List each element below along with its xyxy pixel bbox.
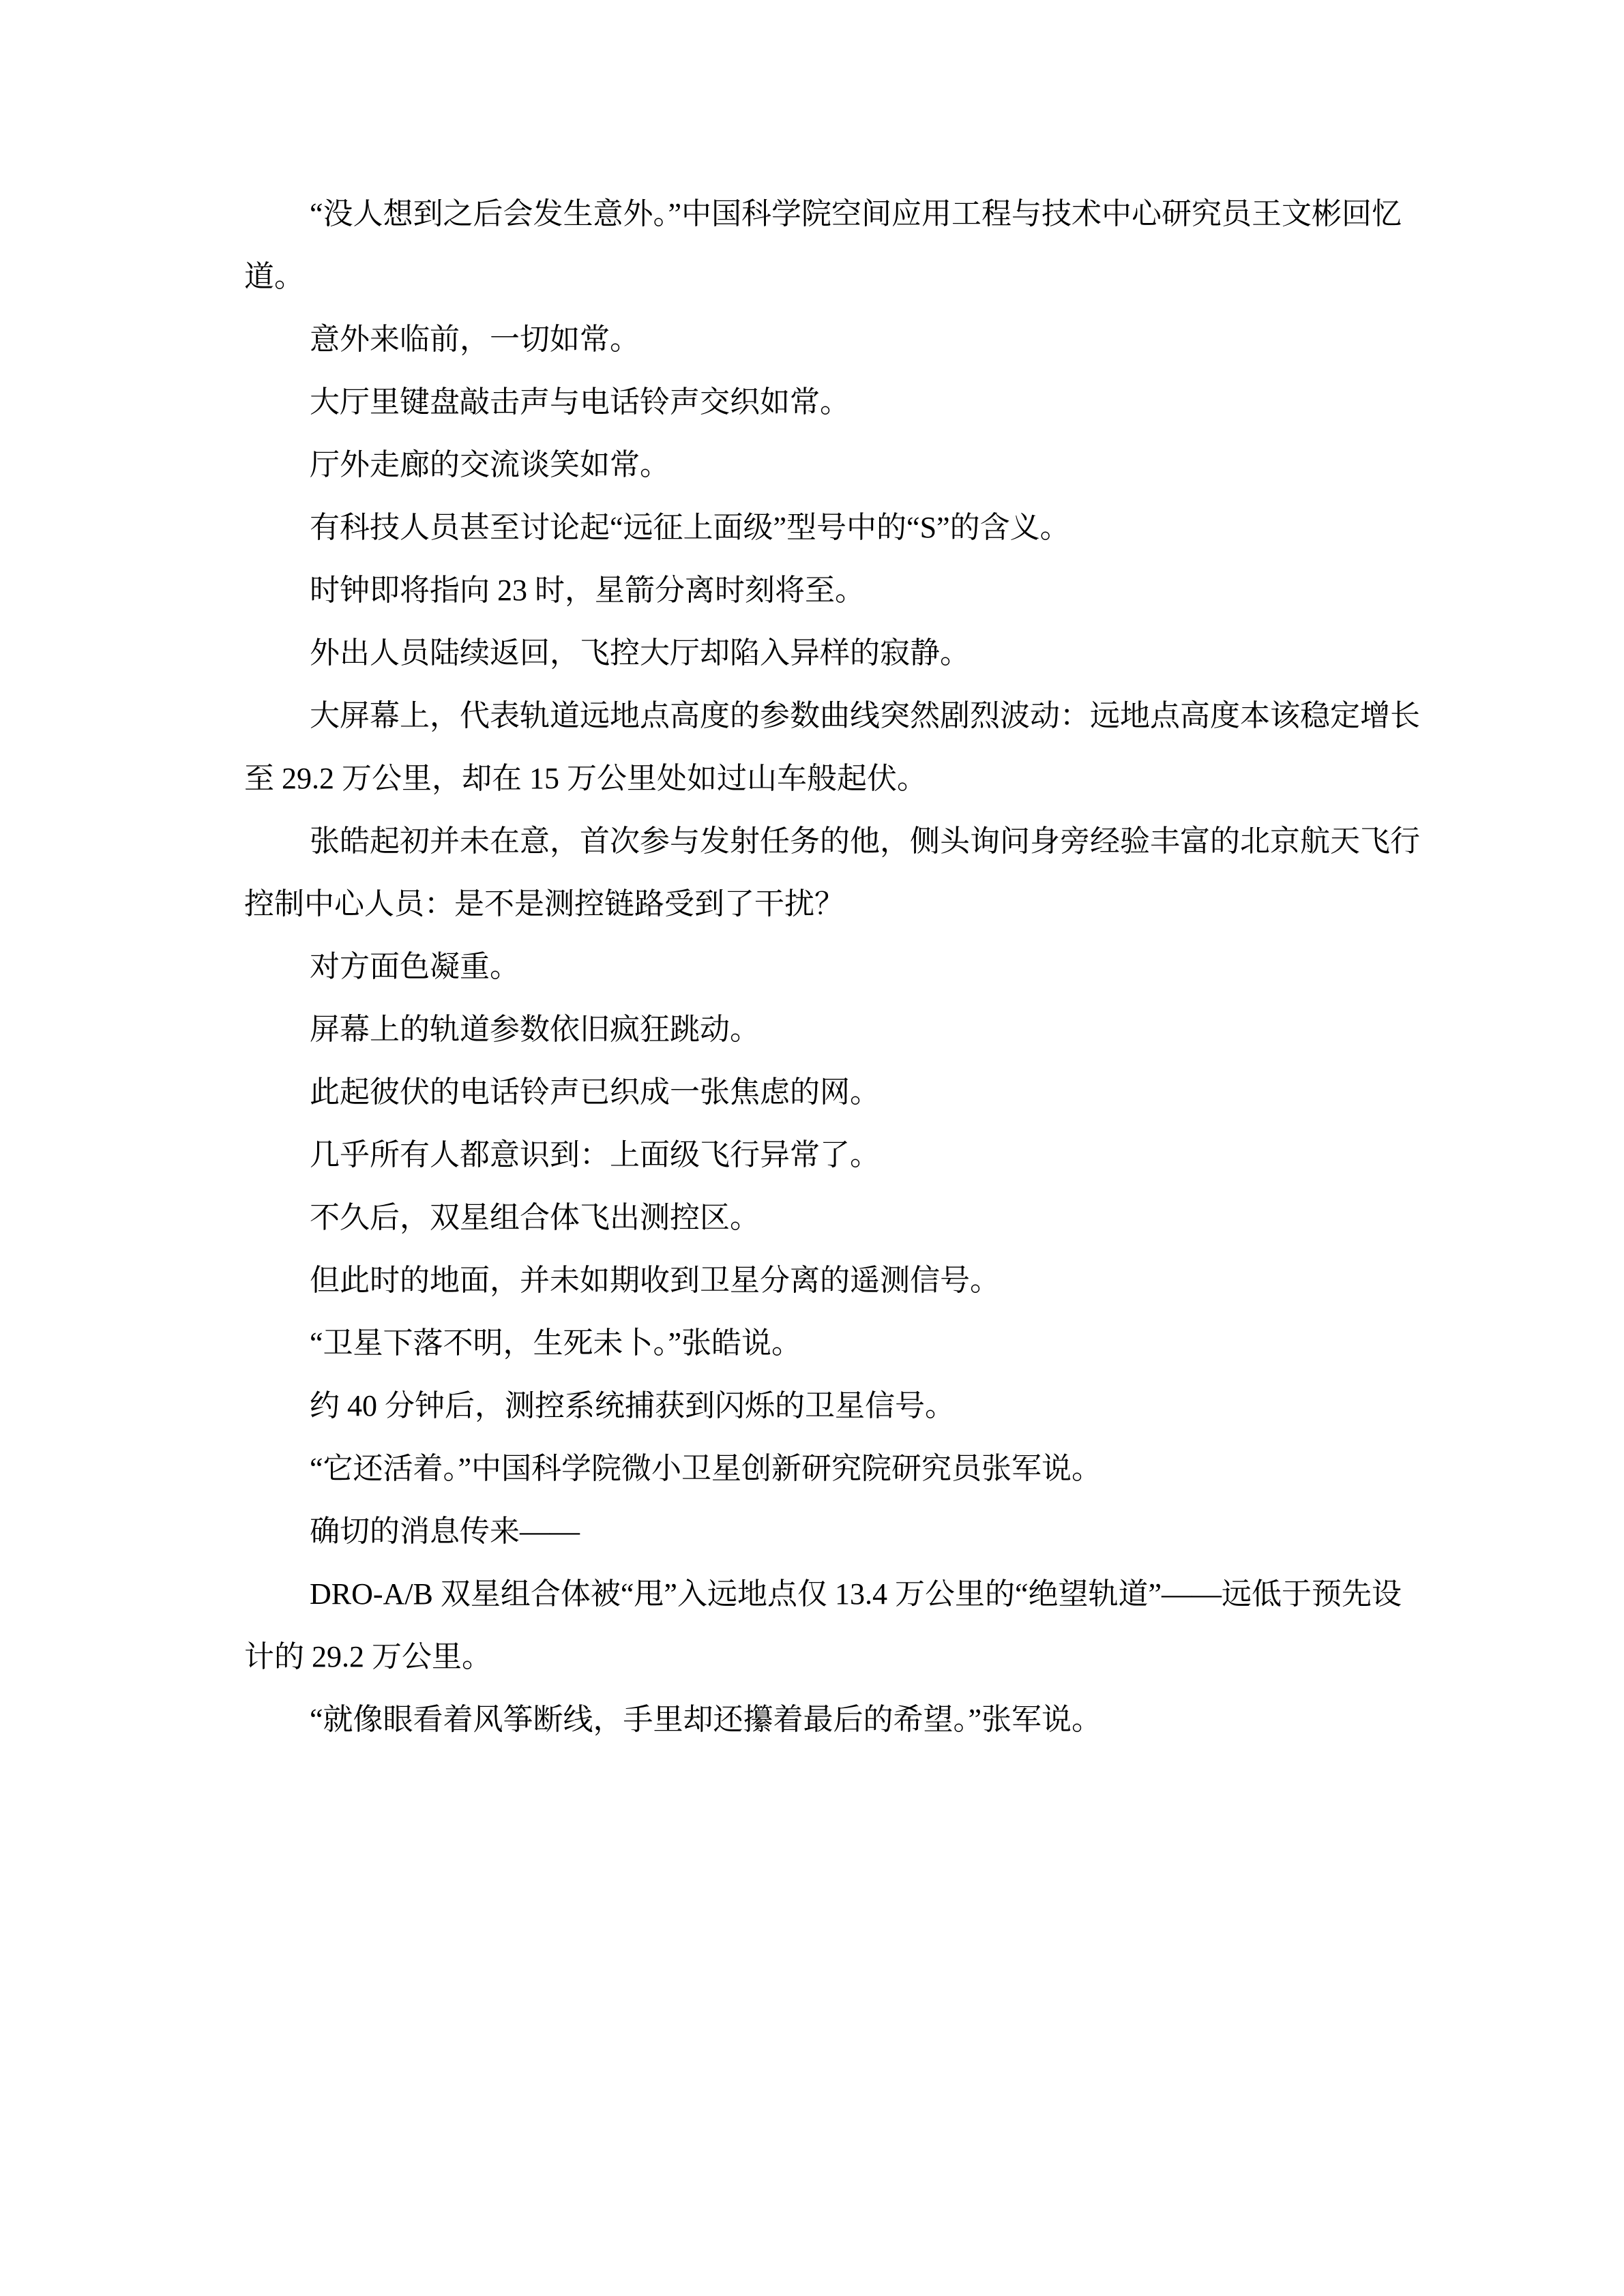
paragraph: 外出人员陆续返回，飞控大厅却陷入异样的寂静。 — [244, 622, 1431, 685]
paragraph: 张皓起初并未在意，首次参与发射任务的他，侧头询问身旁经验丰富的北京航天飞行控制中… — [244, 810, 1431, 936]
paragraph: 约 40 分钟后，测控系统捕获到闪烁的卫星信号。 — [244, 1375, 1431, 1437]
paragraph: 确切的消息传来—— — [244, 1500, 1431, 1563]
paragraph: 意外来临前，一切如常。 — [244, 308, 1431, 371]
paragraph: 不久后，双星组合体飞出测控区。 — [244, 1187, 1431, 1249]
paragraph: 屏幕上的轨道参数依旧疯狂跳动。 — [244, 998, 1431, 1061]
paragraph: “没人想到之后会发生意外。”中国科学院空间应用工程与技术中心研究员王文彬回忆道。 — [244, 183, 1431, 308]
paragraph: 厅外走廊的交流谈笑如常。 — [244, 434, 1431, 496]
paragraph: 但此时的地面，并未如期收到卫星分离的遥测信号。 — [244, 1249, 1431, 1312]
paragraph: 大屏幕上，代表轨道远地点高度的参数曲线突然剧烈波动：远地点高度本该稳定增长至 2… — [244, 685, 1431, 810]
paragraph: “就像眼看着风筝断线，手里却还攥着最后的希望。”张军说。 — [244, 1688, 1431, 1751]
paragraph: 几乎所有人都意识到：上面级飞行异常了。 — [244, 1124, 1431, 1187]
document-page: “没人想到之后会发生意外。”中国科学院空间应用工程与技术中心研究员王文彬回忆道。… — [0, 0, 1624, 2296]
paragraph: DRO-A/B 双星组合体被“甩”入远地点仅 13.4 万公里的“绝望轨道”——… — [244, 1563, 1431, 1688]
paragraph: “它还活着。”中国科学院微小卫星创新研究院研究员张军说。 — [244, 1437, 1431, 1500]
paragraph: 有科技人员甚至讨论起“远征上面级”型号中的“S”的含义。 — [244, 496, 1431, 559]
paragraph: 对方面色凝重。 — [244, 936, 1431, 998]
paragraph: “卫星下落不明，生死未卜。”张皓说。 — [244, 1312, 1431, 1375]
paragraph: 此起彼伏的电话铃声已织成一张焦虑的网。 — [244, 1061, 1431, 1124]
paragraph: 时钟即将指向 23 时，星箭分离时刻将至。 — [244, 559, 1431, 622]
paragraph: 大厅里键盘敲击声与电话铃声交织如常。 — [244, 371, 1431, 434]
document-body: “没人想到之后会发生意外。”中国科学院空间应用工程与技术中心研究员王文彬回忆道。… — [244, 183, 1431, 1751]
